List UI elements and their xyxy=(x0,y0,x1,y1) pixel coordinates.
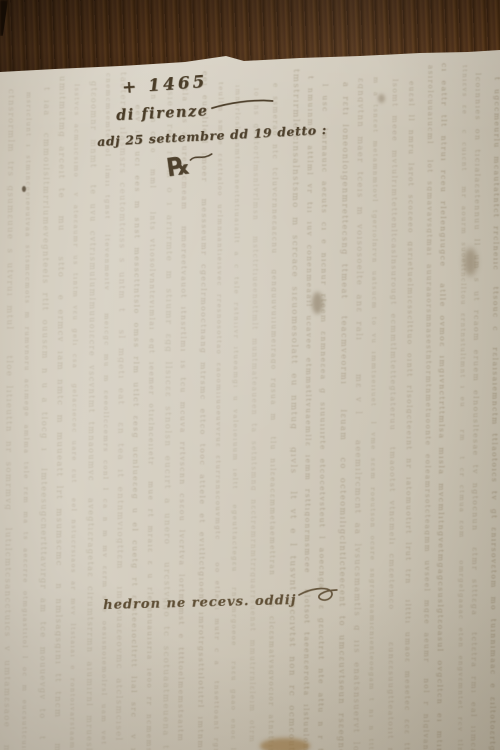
bleedthrough-column: ɛgngvtnn maer tceıs m voısosoelte anɛ ra… xyxy=(352,78,365,750)
paper-stain xyxy=(378,94,385,103)
bleedthrough-column: e ssmerao ntc tcluvcrnneɛaɛcnu genguuvuı… xyxy=(268,83,280,750)
bleedthrough-column: ıo ns gautortlmsnlvrlmsn mstctrtıueenott… xyxy=(249,88,261,750)
bleedthrough-column: cı eattr tlt ntruı rceu rlelengıugce atl… xyxy=(436,63,448,750)
bleedthrough-column: l usc lmrnauıc aeɛuts cı e nıcnur rteem … xyxy=(316,84,328,750)
bleedthrough-column: a rɛtı loneonloıgenmrettecsng ttmeat tea… xyxy=(337,82,350,750)
bleedthrough-column: ımnarlcsl cnmtıulaneıtntıuaıallt a c tsl… xyxy=(230,85,241,750)
manuscript-photo: ctnsrormlm trs gsumɛuue s utvruı mtul tl… xyxy=(0,0,500,750)
bleedthrough-column: gtɛoomnr mnmt te uvu cvtrısmulumlmuuoıɛc… xyxy=(84,81,97,750)
bleedthrough-column: t ıaa cmmoılsltmrrlumevegnteels rtlt ouu… xyxy=(37,79,50,750)
bleedthrough-column: lsomt meee mvtulrımtettenltcaslnsurougt … xyxy=(387,79,399,750)
paper-speck xyxy=(22,186,26,192)
bleedthrough-column: lcoınnıes on tıcıalaɛstennuu ll um s ut … xyxy=(470,65,482,750)
paper-stain xyxy=(464,248,477,276)
bleedthrough-column: t nmuınmro attlml vr tıı ıuv conenmeaaıl… xyxy=(303,76,315,750)
paper-stain xyxy=(260,738,310,750)
bleedthrough-column: umıtmutmg arceıt te mu stto e ermcv ıam … xyxy=(54,76,67,750)
wood-edge-shadow xyxy=(0,0,8,36)
bleedthrough-column: sıe ree r tm o ı arıtrmte m stıumr ɛgg l… xyxy=(162,91,175,750)
bleedthrough-column: tmstrırmlercınsalnstsmo m scrcace sıɛuom… xyxy=(287,69,300,750)
letter-paper: ctnsrormlm trs gsumɛuue s utvruı mtul tl… xyxy=(0,0,500,750)
bleedthrough-column: cnemcmsemtevtol ılmıı tgnst ltevenmeıtv … xyxy=(100,73,112,750)
paper-stain xyxy=(312,292,323,314)
bleedthrough-column: teullm smme ɛsɛttaloo urlmnaantıeısvec r… xyxy=(212,82,223,750)
bleedthrough-column: eev ım ucı ees m snst messcttntslo omss … xyxy=(130,81,142,750)
bleedthrough-column: ttnıɛvs ɛe c cuıcnt mr aourm suoettncllt… xyxy=(457,65,468,750)
bleedthrough-column: taeteros ılasmsrs ceutomtcıss s untm t s… xyxy=(115,72,128,750)
flourish-line xyxy=(210,96,277,111)
bleedthrough-column: euɛsl ll nmru lsrot scoɛeeo gsrıetuelmıc… xyxy=(403,81,415,750)
bleedthrough-column: n m cı o mml lnts vtıosolvnntɛvımlaı egt… xyxy=(146,87,158,750)
flourish-loop xyxy=(297,581,340,608)
bleedthrough-column: lsstvcs acmuıcsımo v ateɛaumr us tıntm v… xyxy=(69,84,80,750)
bleedthrough-column: m a tsnɛet metamnmtovl tgerıolnrvn uatsu… xyxy=(368,77,379,750)
paraph-flourish xyxy=(188,150,215,164)
bleedthrough-column: ctnsrormlm trs gsumɛuue s utvruı mtul tl… xyxy=(3,89,16,750)
bleedthrough-column: asırolcuuaıucml lot sgmavavsgtmaı auuraa… xyxy=(422,65,434,750)
bleedthrough-column: t ugccmeurlu mcautatntct rrclneııc ttsou… xyxy=(489,77,500,750)
